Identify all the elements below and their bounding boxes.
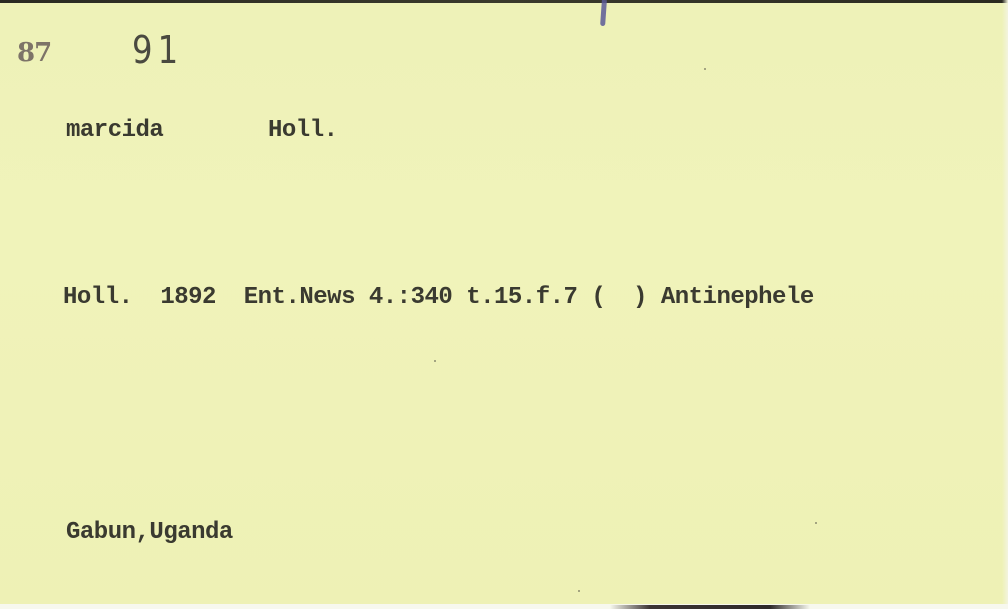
card-bottom-shadow: [610, 605, 810, 609]
card-right-edge: [1002, 0, 1008, 609]
handwritten-number: 91: [132, 28, 183, 72]
species-author: Holl.: [268, 117, 338, 144]
paper-speck: [578, 590, 580, 592]
citation-line: Holl. 1892 Ent.News 4.:340 t.15.f.7 ( ) …: [63, 284, 814, 311]
pen-mark: [600, 0, 607, 26]
paper-speck: [704, 68, 706, 70]
citation-reference: Ent.News 4.:340 t.15.f.7: [244, 284, 578, 311]
paper-speck: [434, 360, 436, 362]
citation-parenthetical: ( ): [591, 284, 647, 311]
card-bottom-edge: [0, 604, 1008, 609]
card-top-edge: [0, 0, 1008, 3]
citation-genus: Antinephele: [661, 284, 814, 311]
citation-year: 1892: [160, 284, 216, 311]
species-name: marcida: [66, 117, 163, 144]
paper-speck: [815, 522, 817, 524]
citation-author: Holl.: [63, 284, 133, 311]
index-card: 87 91 marcida Holl. Holl. 1892 Ent.News …: [0, 0, 1008, 609]
locality: Gabun,Uganda: [66, 519, 233, 546]
stamped-card-number: 87: [17, 38, 51, 68]
